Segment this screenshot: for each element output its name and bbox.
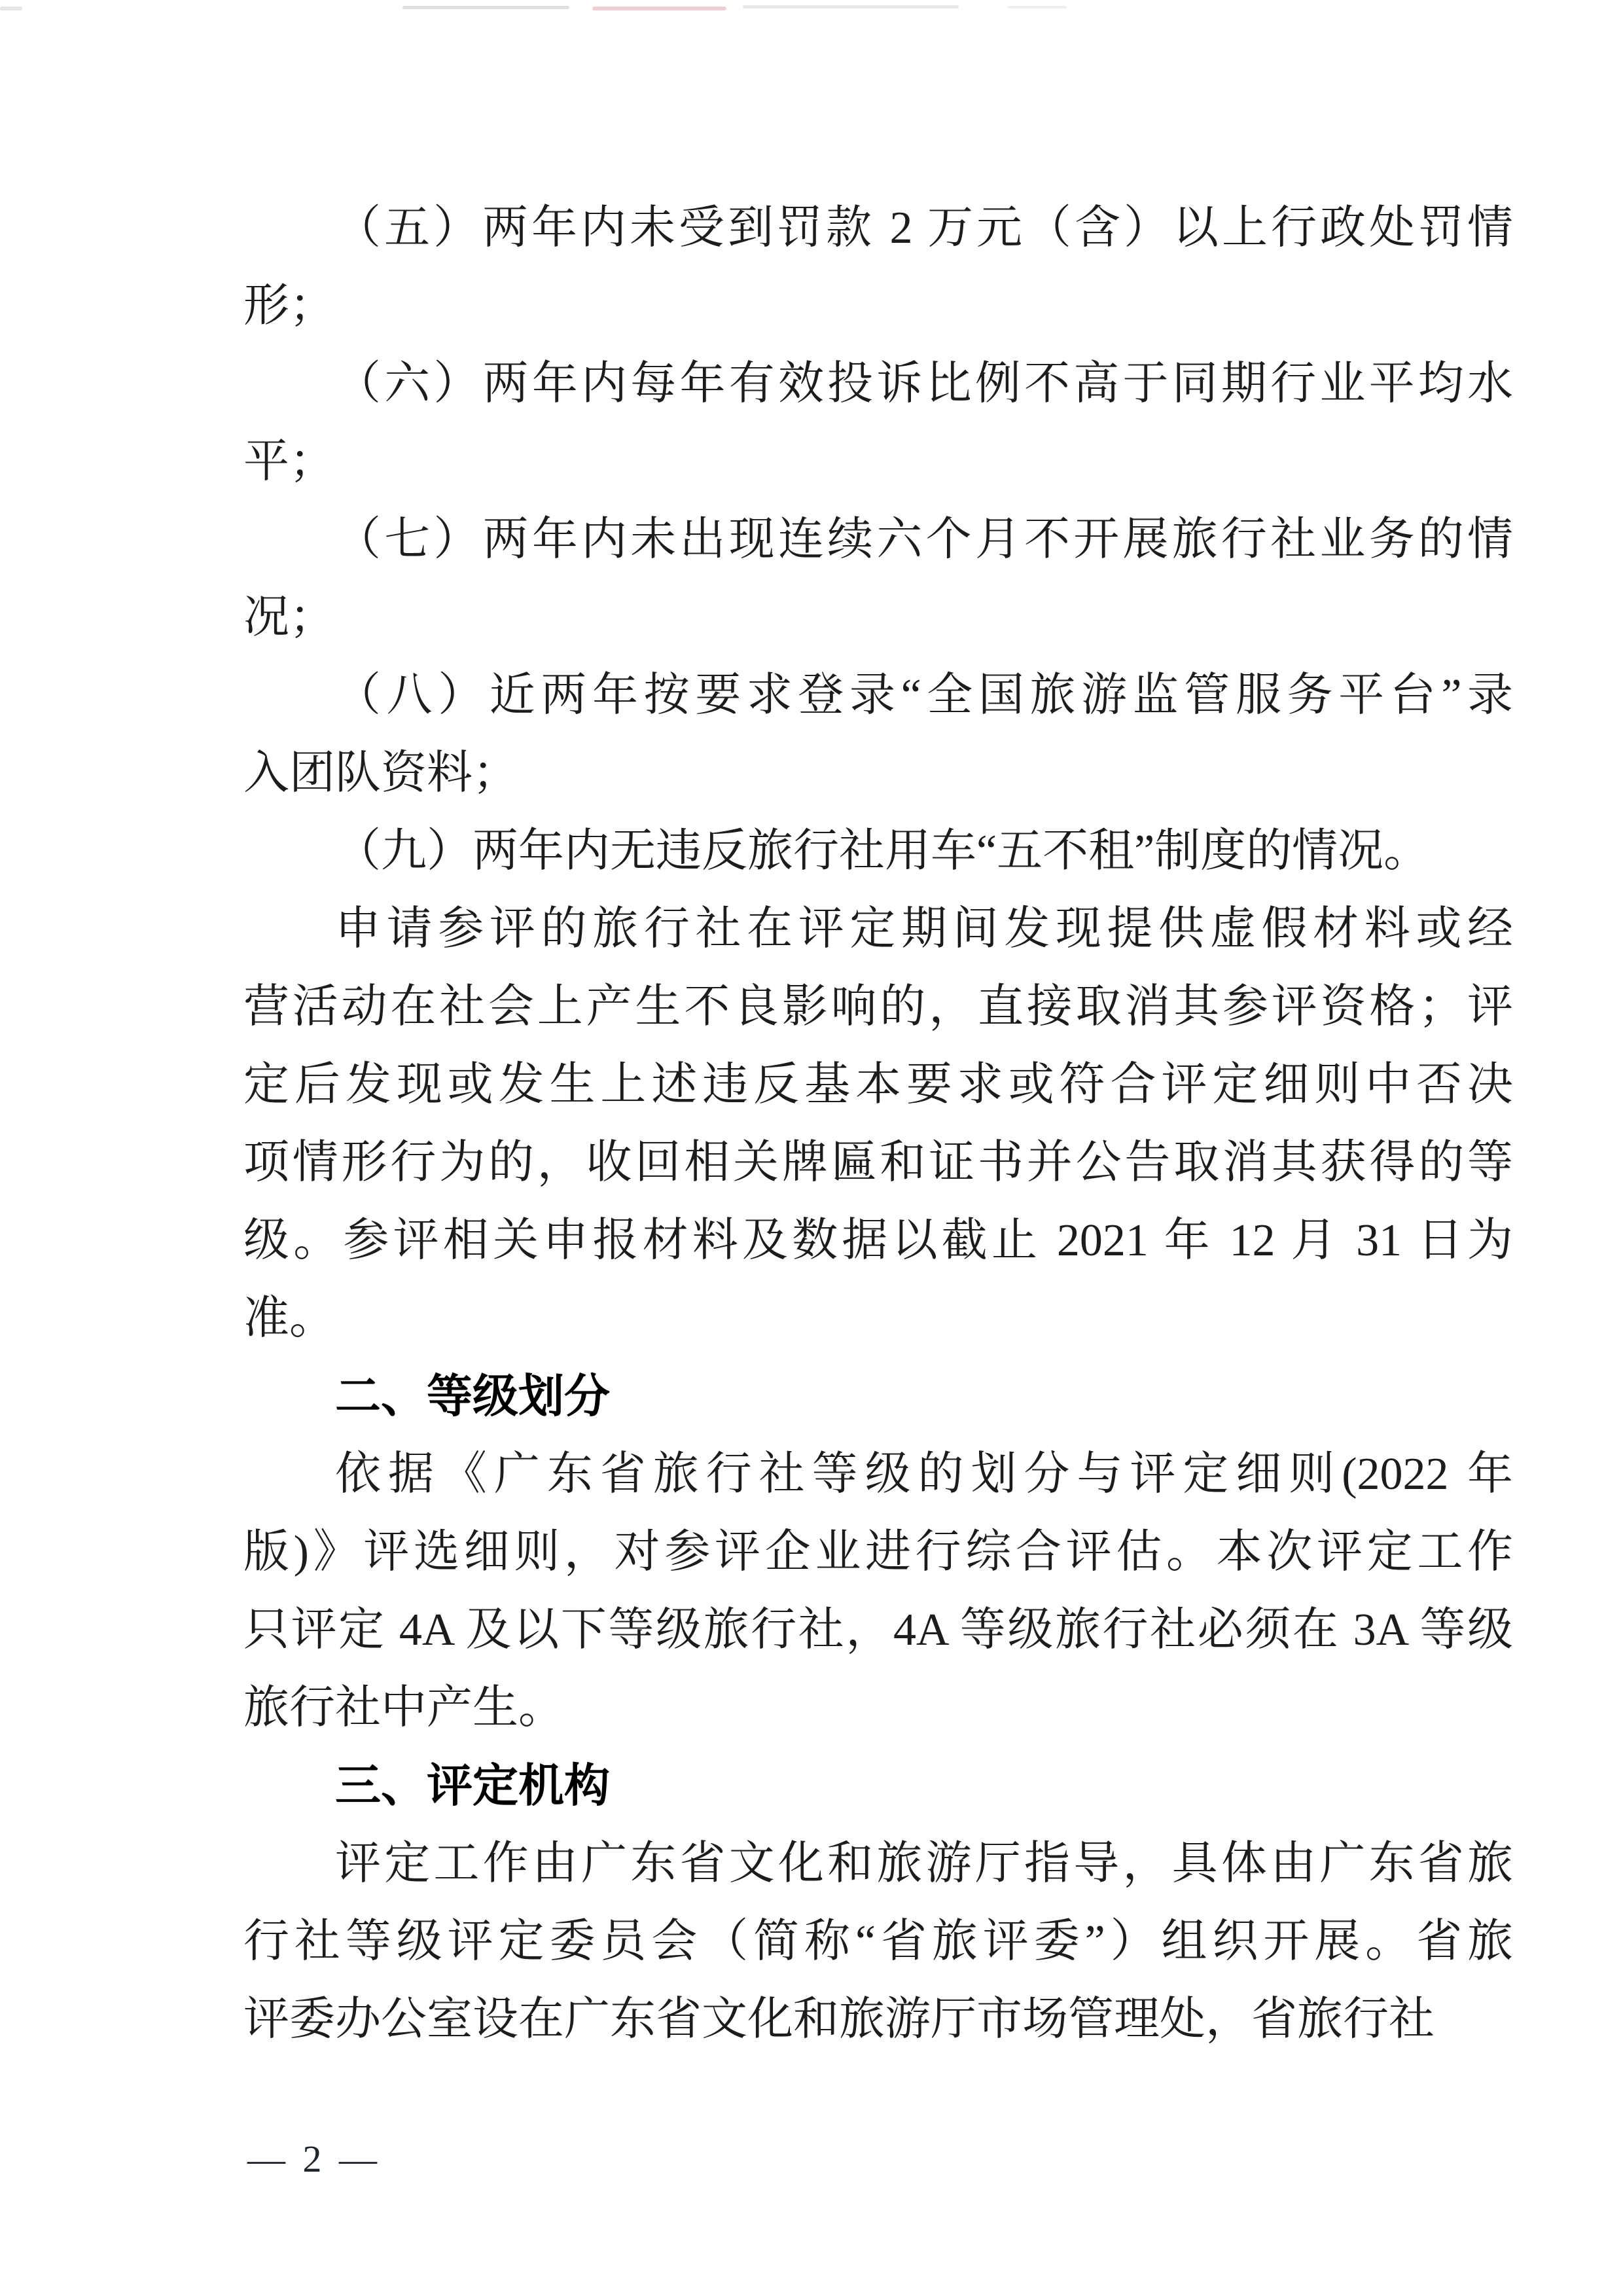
text-line: 申请参评的旅行社在评定期间发现提供虚假材料或经 — [243, 890, 1513, 968]
scan-artifact — [0, 7, 22, 10]
text-line: （五）两年内未受到罚款 2 万元（含）以上行政处罚情 — [243, 189, 1513, 267]
scan-artifact — [1008, 6, 1067, 9]
document-page: （五）两年内未受到罚款 2 万元（含）以上行政处罚情形；（六）两年内每年有效投诉… — [0, 0, 1623, 2296]
text-line: 平； — [243, 423, 1513, 501]
text-line: 定后发现或发生上述违反基本要求或符合评定细则中否决 — [243, 1046, 1513, 1124]
text-line: 入团队资料； — [243, 734, 1513, 812]
scan-artifact — [592, 7, 726, 10]
text-line: 项情形行为的，收回相关牌匾和证书并公告取消其获得的等 — [243, 1124, 1513, 1202]
document-body: （五）两年内未受到罚款 2 万元（含）以上行政处罚情形；（六）两年内每年有效投诉… — [243, 189, 1513, 2058]
text-line: 行社等级评定委员会（简称“省旅评委”）组织开展。省旅 — [243, 1903, 1513, 1981]
page-number: — 2 — — [247, 2137, 381, 2181]
text-line: 级。参评相关申报材料及数据以截止 2021 年 12 月 31 日为 — [243, 1202, 1513, 1280]
text-line: （六）两年内每年有效投诉比例不高于同期行业平均水 — [243, 345, 1513, 423]
scan-artifact — [402, 6, 569, 9]
text-line: 况； — [243, 579, 1513, 656]
section-heading: 三、评定机构 — [243, 1747, 1513, 1825]
text-line: 营活动在社会上产生不良影响的，直接取消其参评资格；评 — [243, 968, 1513, 1046]
text-line: 旅行社中产生。 — [243, 1669, 1513, 1747]
text-line: 只评定 4A 及以下等级旅行社，4A 等级旅行社必须在 3A 等级 — [243, 1591, 1513, 1669]
text-line: 版)》评选细则，对参评企业进行综合评估。本次评定工作 — [243, 1513, 1513, 1591]
text-line: 形； — [243, 267, 1513, 345]
text-line: （七）两年内未出现连续六个月不开展旅行社业务的情 — [243, 501, 1513, 579]
section-heading: 二、等级划分 — [243, 1357, 1513, 1435]
text-line: （九）两年内无违反旅行社用车“五不租”制度的情况。 — [243, 812, 1513, 890]
text-line: 评委办公室设在广东省文化和旅游厅市场管理处，省旅行社 — [243, 1981, 1513, 2058]
text-line: （八）近两年按要求登录“全国旅游监管服务平台”录 — [243, 656, 1513, 734]
text-line: 依据《广东省旅行社等级的划分与评定细则(2022 年 — [243, 1435, 1513, 1513]
scan-artifact — [743, 5, 959, 9]
text-line: 准。 — [243, 1280, 1513, 1357]
text-line: 评定工作由广东省文化和旅游厅指导，具体由广东省旅 — [243, 1825, 1513, 1903]
